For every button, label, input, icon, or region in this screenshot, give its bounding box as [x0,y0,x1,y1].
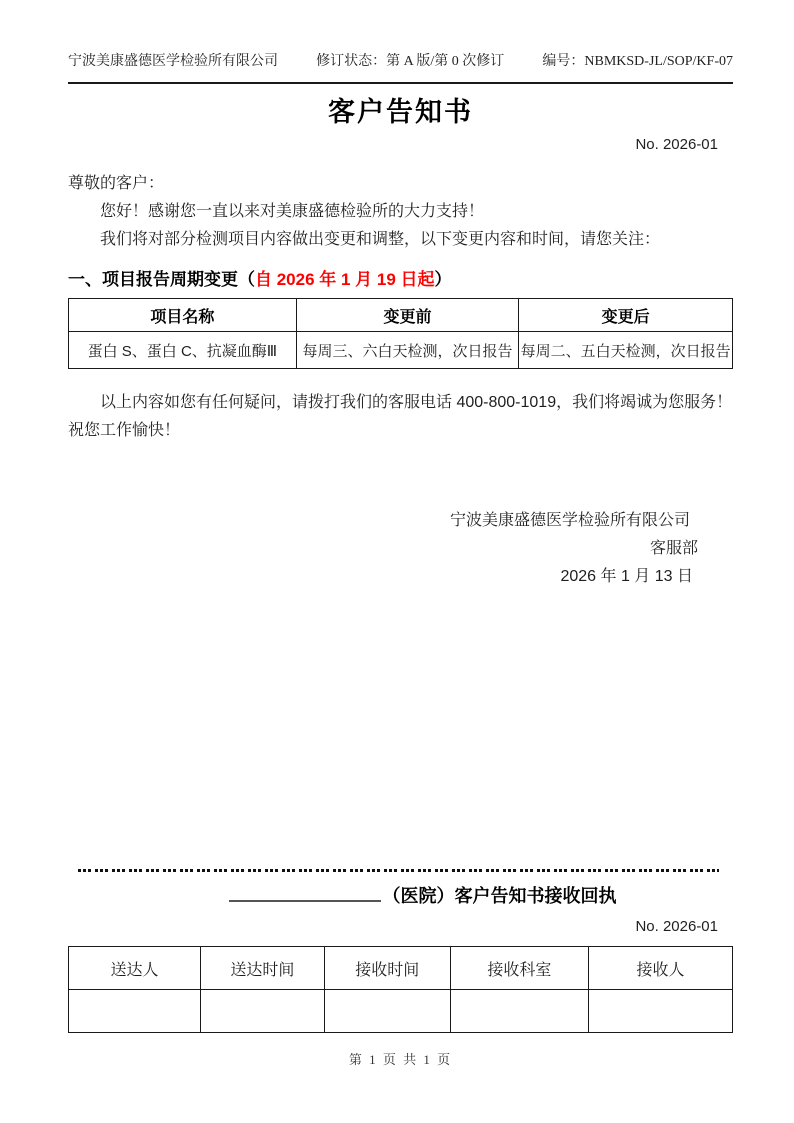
receipt-table: 送达人 送达时间 接收时间 接收科室 接收人 [68,946,733,1033]
signature-department: 客服部 [68,535,733,563]
change-table: 项目名称 变更前 变更后 蛋白 S、蛋白 C、抗凝血酶Ⅲ 每周三、六白天检测，次… [68,298,733,369]
signature-company: 宁波美康盛德医学检验所有限公司 [68,507,733,535]
paragraph-intro: 我们将对部分检测项目内容做出变更和调整，以下变更内容和时间，请您关注： [68,226,733,254]
document-header: 宁波美康盛德医学检验所有限公司 修订状态：第 A 版/第 0 次修订 编号：NB… [68,0,733,84]
signature-block: 宁波美康盛德医学检验所有限公司 客服部 2026 年 1 月 13 日 [68,507,733,591]
page-number-footer: 第 1 页 共 1 页 [68,1049,733,1068]
receipt-header-delivery-time: 送达时间 [201,947,325,990]
receipt-cell-empty [450,990,588,1033]
paren-close: ） [435,270,452,289]
receipt-title: （医院）客户告知书接收回执 [90,884,755,908]
receipt-cell-empty [69,990,201,1033]
section-heading-text: 一、项目报告周期变更 [68,270,238,289]
notice-number: No. 2026-01 [68,136,733,154]
dotted-cutline [78,869,719,872]
section-heading-change: 一、项目报告周期变更（自 2026 年 1 月 19 日起） [68,268,733,292]
signature-date: 2026 年 1 月 13 日 [68,563,733,591]
receipt-header-receive-dept: 接收科室 [450,947,588,990]
receipt-notice-number: No. 2026-01 [68,918,733,936]
change-table-header-project: 项目名称 [69,299,297,332]
change-table-header-row: 项目名称 变更前 变更后 [69,299,733,332]
page-title: 客户告知书 [68,94,733,130]
change-table-header-before: 变更前 [296,299,518,332]
salutation: 尊敬的客户： [68,170,733,198]
page-content: 宁波美康盛德医学检验所有限公司 修订状态：第 A 版/第 0 次修订 编号：NB… [0,0,794,1068]
change-cell-project: 蛋白 S、蛋白 C、抗凝血酶Ⅲ [69,332,297,369]
receipt-cell-empty [324,990,450,1033]
change-table-header-after: 变更后 [519,299,733,332]
effective-date-text: 自 2026 年 1 月 19 日起 [255,270,435,289]
hospital-name-blank [229,887,381,902]
header-company-name: 宁波美康盛德医学检验所有限公司 [68,52,278,72]
receipt-header-deliverer: 送达人 [69,947,201,990]
receipt-cell-empty [588,990,732,1033]
receipt-table-empty-row [69,990,733,1033]
paragraph-thanks: 您好！感谢您一直以来对美康盛德检验所的大力支持！ [68,198,733,226]
receipt-header-receiver: 接收人 [588,947,732,990]
receipt-cell-empty [201,990,325,1033]
header-revision-status: 修订状态：第 A 版/第 0 次修订 [316,52,504,72]
change-table-data-row: 蛋白 S、蛋白 C、抗凝血酶Ⅲ 每周三、六白天检测，次日报告 每周二、五白天检测… [69,332,733,369]
receipt-table-header-row: 送达人 送达时间 接收时间 接收科室 接收人 [69,947,733,990]
paren-open: （ [238,270,255,289]
document-page: 宁波美康盛德医学检验所有限公司 修订状态：第 A 版/第 0 次修订 编号：NB… [0,0,794,1123]
header-doc-code: 编号：NBMKSD-JL/SOP/KF-07 [542,52,733,72]
receipt-title-text: （医院）客户告知书接收回执 [383,886,617,906]
change-cell-after: 每周二、五白天检测，次日报告 [519,332,733,369]
paragraph-closing: 以上内容如您有任何疑问，请拨打我们的客服电话 400-800-1019，我们将竭… [68,389,733,445]
change-cell-before: 每周三、六白天检测，次日报告 [296,332,518,369]
receipt-header-receive-time: 接收时间 [324,947,450,990]
